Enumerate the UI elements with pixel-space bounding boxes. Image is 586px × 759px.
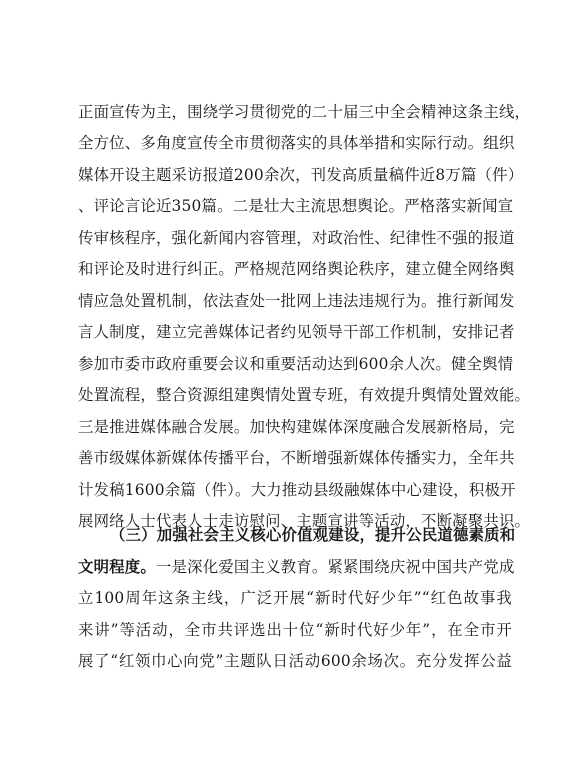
text-line: 和评论及时进行纠正。严格规范网络舆论秩序，建立健全网络舆 — [78, 254, 512, 285]
text-line: 传审核程序，强化新闻内容管理，对政治性、纪律性不强的报道 — [78, 223, 512, 254]
text-line: 计发稿1600余篇（件）。大力推动县级融媒体中心建设，积极开 — [78, 475, 512, 506]
text-line: 言人制度，建立完善媒体记者约见领导干部工作机制，安排记者 — [78, 317, 512, 348]
text-line: 来讲”等活动，全市共评选出十位“新时代好少年”，在全市开 — [78, 615, 512, 646]
text-line: 、评论言论近350篇。二是壮大主流思想舆论。严格落实新闻宣 — [78, 191, 512, 222]
body-text: 一是深化爱国主义教育。紧紧围绕庆祝中国共产党成 — [156, 558, 515, 576]
text-line: 情应急处置机制，依法查处一批网上违法违规行为。推行新闻发 — [78, 286, 512, 317]
text-line: 全方位、多角度宣传全市贯彻落实的具体举措和实际行动。组织 — [78, 128, 512, 159]
text-line: 善市级媒体新媒体传播平台，不断增强新媒体传播实力，全年共 — [78, 443, 512, 474]
text-line: 立100周年这条主线，广泛开展“新时代好少年”“红色故事我 — [78, 583, 512, 614]
text-line: 展了“红领巾心向党”主题队日活动600余场次。充分发挥公益 — [78, 646, 512, 677]
document-page: 正面宣传为主，围绕学习贯彻党的二十届三中全会精神这条主线， 全方位、多角度宣传全… — [0, 0, 586, 759]
text-line: 媒体开设主题采访报道200余次，刊发高质量稿件近8万篇（件） — [78, 160, 512, 191]
section-heading: （三）加强社会主义核心价值观建设，提升公民道德素质和 — [78, 520, 512, 551]
text-line: 文明程度。一是深化爱国主义教育。紧紧围绕庆祝中国共产党成 — [78, 552, 512, 583]
section-heading-continuation: 文明程度。 — [78, 558, 156, 576]
text-line: 正面宣传为主，围绕学习贯彻党的二十届三中全会精神这条主线， — [78, 97, 512, 128]
section-heading-text: （三）加强社会主义核心价值观建设，提升公民道德素质和 — [110, 526, 515, 544]
text-line: 三是推进媒体融合发展。加快构建媒体深度融合发展新格局，完 — [78, 412, 512, 443]
text-line: 参加市委市政府重要会议和重要活动达到600余人次。健全舆情 — [78, 349, 512, 380]
text-line: 处置流程，整合资源组建舆情处置专班，有效提升舆情处置效能。 — [78, 380, 512, 411]
